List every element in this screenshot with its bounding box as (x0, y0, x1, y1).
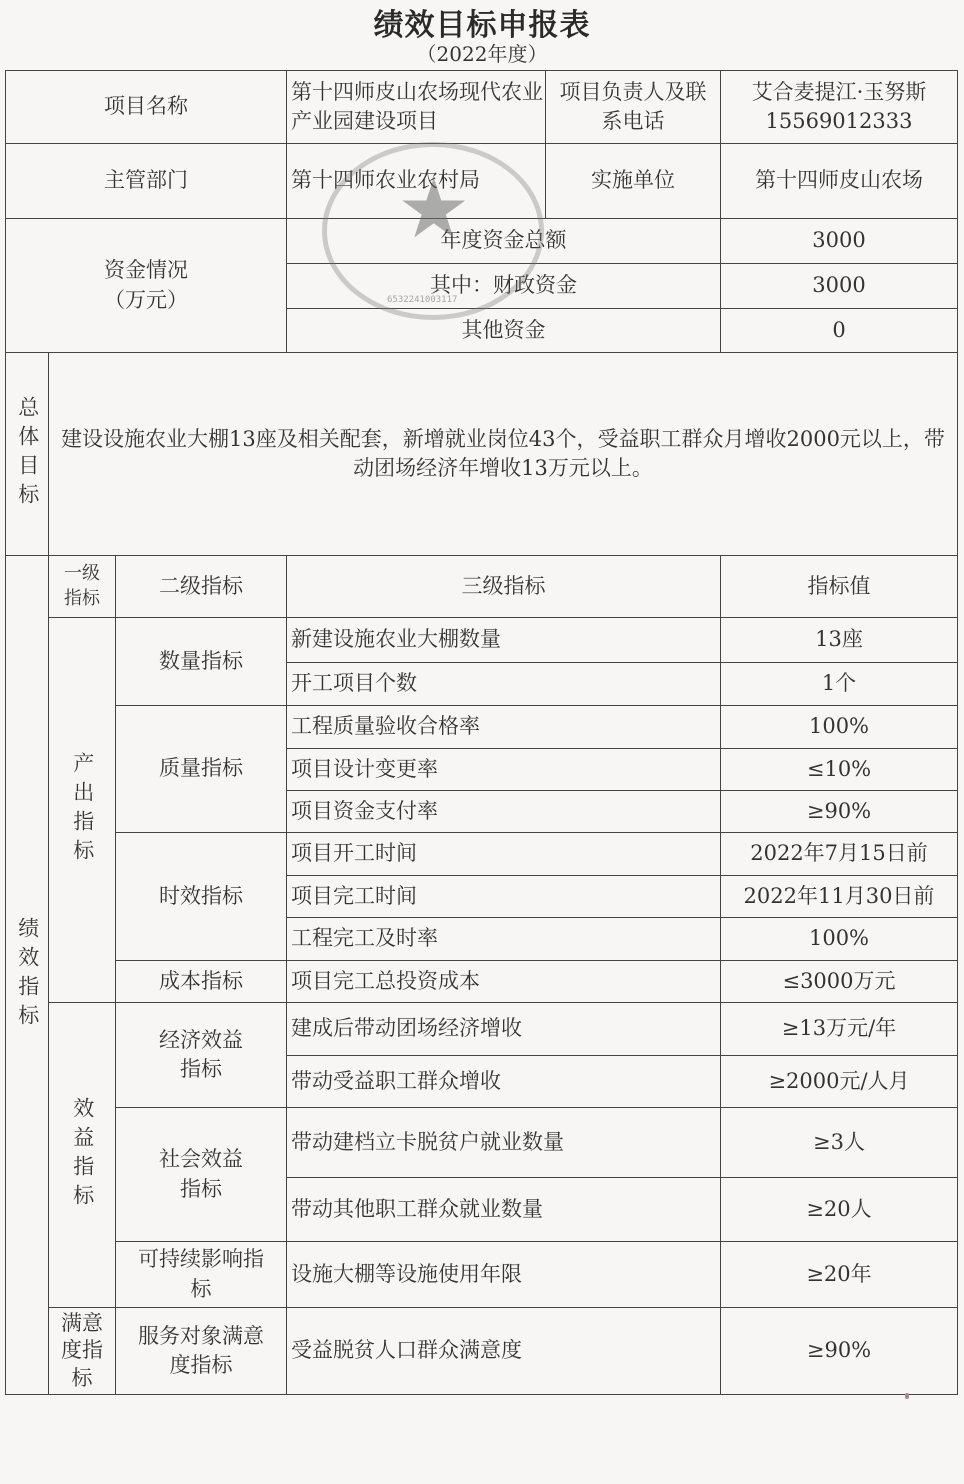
header-level2: 二级指标 (115, 555, 287, 618)
project-name-value: 第十四师皮山农场现代农业产业园建设项目 (286, 70, 546, 144)
indicator-name: 项目开工时间 (286, 832, 721, 876)
indicator-name: 带动建档立卡脱贫户就业数量 (286, 1107, 721, 1178)
indicator-name: 工程完工及时率 (286, 917, 721, 961)
overall-goal-label: 总体目标 (5, 352, 49, 556)
level2-economic: 经济效益指标 (115, 1002, 287, 1108)
unit-value: 第十四师皮山农场 (720, 143, 958, 219)
dept-value: 第十四师农业农村局 (286, 143, 546, 219)
level2-cost: 成本指标 (115, 960, 287, 1003)
indicator-name: 带动其他职工群众就业数量 (286, 1177, 721, 1242)
indicator-name: 建成后带动团场经济增收 (286, 1002, 721, 1056)
indicator-value: ≤3000万元 (720, 960, 958, 1003)
indicator-value: 100% (720, 917, 958, 961)
indicator-name: 项目资金支付率 (286, 790, 721, 833)
funding-total-label: 年度资金总额 (286, 218, 721, 264)
indicator-name: 项目设计变更率 (286, 748, 721, 791)
indicator-value: ≥90% (720, 1307, 958, 1395)
unit-label: 实施单位 (545, 143, 721, 219)
header-level3: 三级指标 (286, 555, 721, 618)
header-value: 指标值 (720, 555, 958, 618)
level1-output: 产出指标 (48, 617, 116, 1003)
indicator-name: 新建设施农业大棚数量 (286, 617, 721, 663)
indicator-value: ≥2000元/人月 (720, 1055, 958, 1108)
indicator-value: 2022年7月15日前 (720, 832, 958, 876)
level1-satisfaction: 满意度指标 (48, 1307, 116, 1395)
dept-label: 主管部门 (5, 143, 287, 219)
funding-label: 资金情况（万元） (5, 218, 287, 353)
indicator-name: 受益脱贫人口群众满意度 (286, 1307, 721, 1395)
funding-total-value: 3000 (720, 218, 958, 264)
indicator-name: 设施大棚等设施使用年限 (286, 1241, 721, 1308)
indicator-value: ≥90% (720, 790, 958, 833)
project-manager-label: 项目负责人及联系电话 (545, 70, 721, 144)
indicator-value: ≥3人 (720, 1107, 958, 1178)
indicator-value: 13座 (720, 617, 958, 663)
level2-sustainability: 可持续影响指标 (115, 1241, 287, 1308)
project-manager-value: 艾合麦提江·玉努斯 15569012333 (720, 70, 958, 144)
project-name-label: 项目名称 (5, 70, 287, 144)
scan-speck (905, 1393, 909, 1399)
funding-other-value: 0 (720, 308, 958, 353)
indicator-value: 1个 (720, 662, 958, 706)
document-subtitle: （2022年度） (0, 38, 964, 67)
level2-social: 社会效益指标 (115, 1107, 287, 1242)
indicator-value: ≤10% (720, 748, 958, 791)
indicator-value: 100% (720, 705, 958, 749)
funding-other-label: 其他资金 (286, 308, 721, 353)
indicator-name: 开工项目个数 (286, 662, 721, 706)
overall-goal-text: 建设设施农业大棚13座及相关配套，新增就业岗位43个，受益职工群众月增收2000… (48, 352, 958, 556)
level2-service-satisfaction: 服务对象满意度指标 (115, 1307, 287, 1395)
indicator-name: 项目完工总投资成本 (286, 960, 721, 1003)
indicator-value: ≥13万元/年 (720, 1002, 958, 1056)
level2-quantity: 数量指标 (115, 617, 287, 706)
header-level1: 一级指标 (48, 555, 116, 618)
level1-benefit: 效益指标 (48, 1002, 116, 1308)
indicator-name: 项目完工时间 (286, 875, 721, 918)
indicator-value: ≥20人 (720, 1177, 958, 1242)
indicator-value: ≥20年 (720, 1241, 958, 1308)
funding-fiscal-label: 其中：财政资金 (286, 263, 721, 309)
level2-quality: 质量指标 (115, 705, 287, 833)
indicators-section-label: 绩效指标 (5, 555, 49, 1395)
funding-fiscal-value: 3000 (720, 263, 958, 309)
level2-timeliness: 时效指标 (115, 832, 287, 961)
indicator-value: 2022年11月30日前 (720, 875, 958, 918)
indicator-name: 工程质量验收合格率 (286, 705, 721, 749)
indicator-name: 带动受益职工群众增收 (286, 1055, 721, 1108)
